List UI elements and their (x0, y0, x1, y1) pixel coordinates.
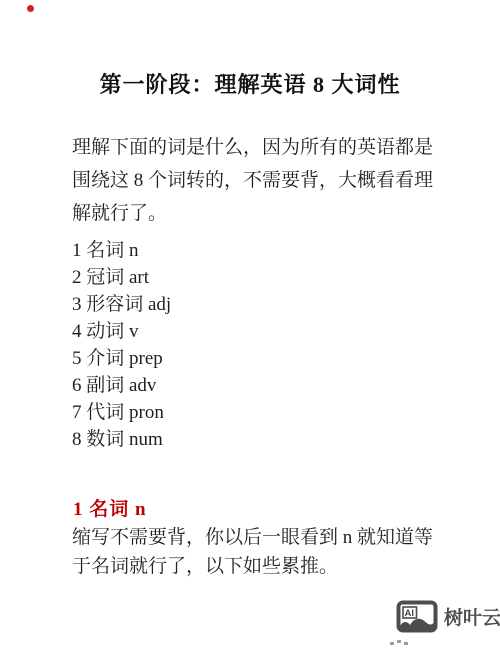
list-item: 1 名词 n (72, 237, 442, 264)
intro-paragraph: 理解下面的词是什么，因为所有的英语都是 围绕这 8 个词转的，不需要背，大概看看… (72, 131, 442, 230)
list-item: 3 形容词 adj (72, 291, 442, 318)
parts-of-speech-list: 1 名词 n 2 冠词 art 3 形容词 adj 4 动词 v 5 介词 pr… (72, 237, 442, 453)
cropped-text-fragment (390, 642, 408, 645)
list-item: 5 介词 prep (72, 345, 442, 372)
list-item: 6 副词 adv (72, 372, 442, 399)
ai-photo-icon: AI (396, 600, 438, 633)
page-title: 第一阶段：理解英语 8 大词性 (0, 70, 500, 100)
section-line: 缩写不需要背，你以后一眼看到 n 就知道等 (72, 523, 447, 552)
section-heading-noun: 1 名词 n (73, 498, 147, 522)
list-item: 2 冠词 art (72, 264, 442, 291)
intro-line: 解就行了。 (72, 197, 442, 230)
document-page: 第一阶段：理解英语 8 大词性 理解下面的词是什么，因为所有的英语都是 围绕这 … (0, 0, 500, 648)
list-item: 7 代词 pron (72, 399, 442, 426)
watermark: AI 树叶云 (396, 600, 500, 633)
ai-icon-label: AI (405, 608, 415, 619)
list-item: 4 动词 v (72, 318, 442, 345)
list-item: 8 数词 num (72, 426, 442, 453)
intro-line: 理解下面的词是什么，因为所有的英语都是 (72, 131, 442, 164)
watermark-brand-text: 树叶云 (444, 603, 500, 630)
intro-line: 围绕这 8 个词转的，不需要背，大概看看理 (72, 164, 442, 197)
red-dot-marker (27, 5, 34, 12)
section-paragraph: 缩写不需要背，你以后一眼看到 n 就知道等 于名词就行了，以下如些累推。 (72, 523, 447, 581)
section-line: 于名词就行了，以下如些累推。 (72, 552, 447, 581)
